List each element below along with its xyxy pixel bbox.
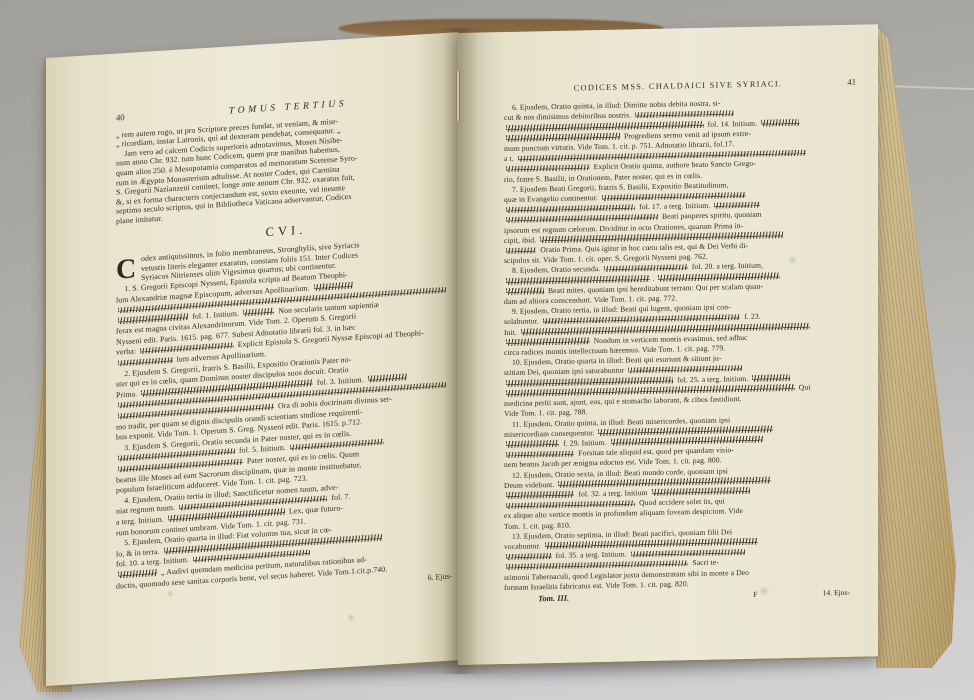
syriac-script-run [506,338,590,346]
right-page: CODICES MSS. CHALDAICI SIVE SYRIACI. 41 … [458,24,878,665]
syriac-script-run [118,569,157,578]
syriac-script-run [506,500,635,509]
syriac-script-run [506,164,590,172]
right-entries: 6. Ejusdem, Oratio quinta, in illud: Dim… [504,96,856,593]
right-catchword: 14. Ejus- [823,588,856,599]
syriac-script-run [631,549,745,558]
syriac-script-run [652,487,751,496]
syriac-script-run [604,264,688,272]
syriac-script-run [243,308,274,316]
left-page: 40 TOMUS TERTIUS „ rem autem rogo, ut pr… [46,32,458,686]
dropcap-letter: C [116,255,136,283]
syriac-script-run [368,374,407,383]
volume-signature: Tom. III. [504,591,688,605]
book-photograph: 40 TOMUS TERTIUS „ rem autem rogo, ut pr… [0,0,974,700]
syriac-script-run [506,450,574,458]
syriac-script-run [752,374,790,381]
left-entries: 1. S. Gregorii Episcopi Nysseni, Epistol… [116,263,456,592]
syriac-script-run [314,282,353,291]
syriac-script-run [658,272,780,281]
left-page-text: 40 TOMUS TERTIUS „ rem autem rogo, ut pr… [116,92,456,602]
right-page-number: 41 [826,77,856,88]
syriac-script-run [118,357,173,367]
foxing-spot [346,613,356,622]
syriac-script-run [611,436,763,446]
syriac-script-run [506,133,620,142]
syriac-script-run [506,247,536,254]
syriac-script-run [635,110,734,119]
binding-thread [456,70,460,122]
syriac-script-run [506,214,658,224]
syriac-script-run [506,440,559,448]
right-running-title: CODICES MSS. CHALDAICI SIVE SYRIACI. [504,78,826,95]
syriac-script-run [506,204,635,213]
syriac-script-run [506,288,544,295]
syriac-script-run [628,365,742,374]
left-page-number: 40 [116,111,150,123]
syriac-script-run [506,275,650,285]
syriac-script-run [506,491,574,499]
right-running-head: CODICES MSS. CHALDAICI SIVE SYRIACI. 41 [504,77,856,96]
syriac-script-run [602,191,746,201]
syriac-script-run [761,119,799,126]
syriac-script-run [714,201,760,208]
gathering-mark: F [688,588,823,601]
right-page-text: CODICES MSS. CHALDAICI SIVE SYRIACI. 41 … [504,77,856,606]
syriac-script-run [506,553,552,560]
left-paragraph: „ rem autem rogo, ut pro Scriptore prece… [116,109,456,226]
